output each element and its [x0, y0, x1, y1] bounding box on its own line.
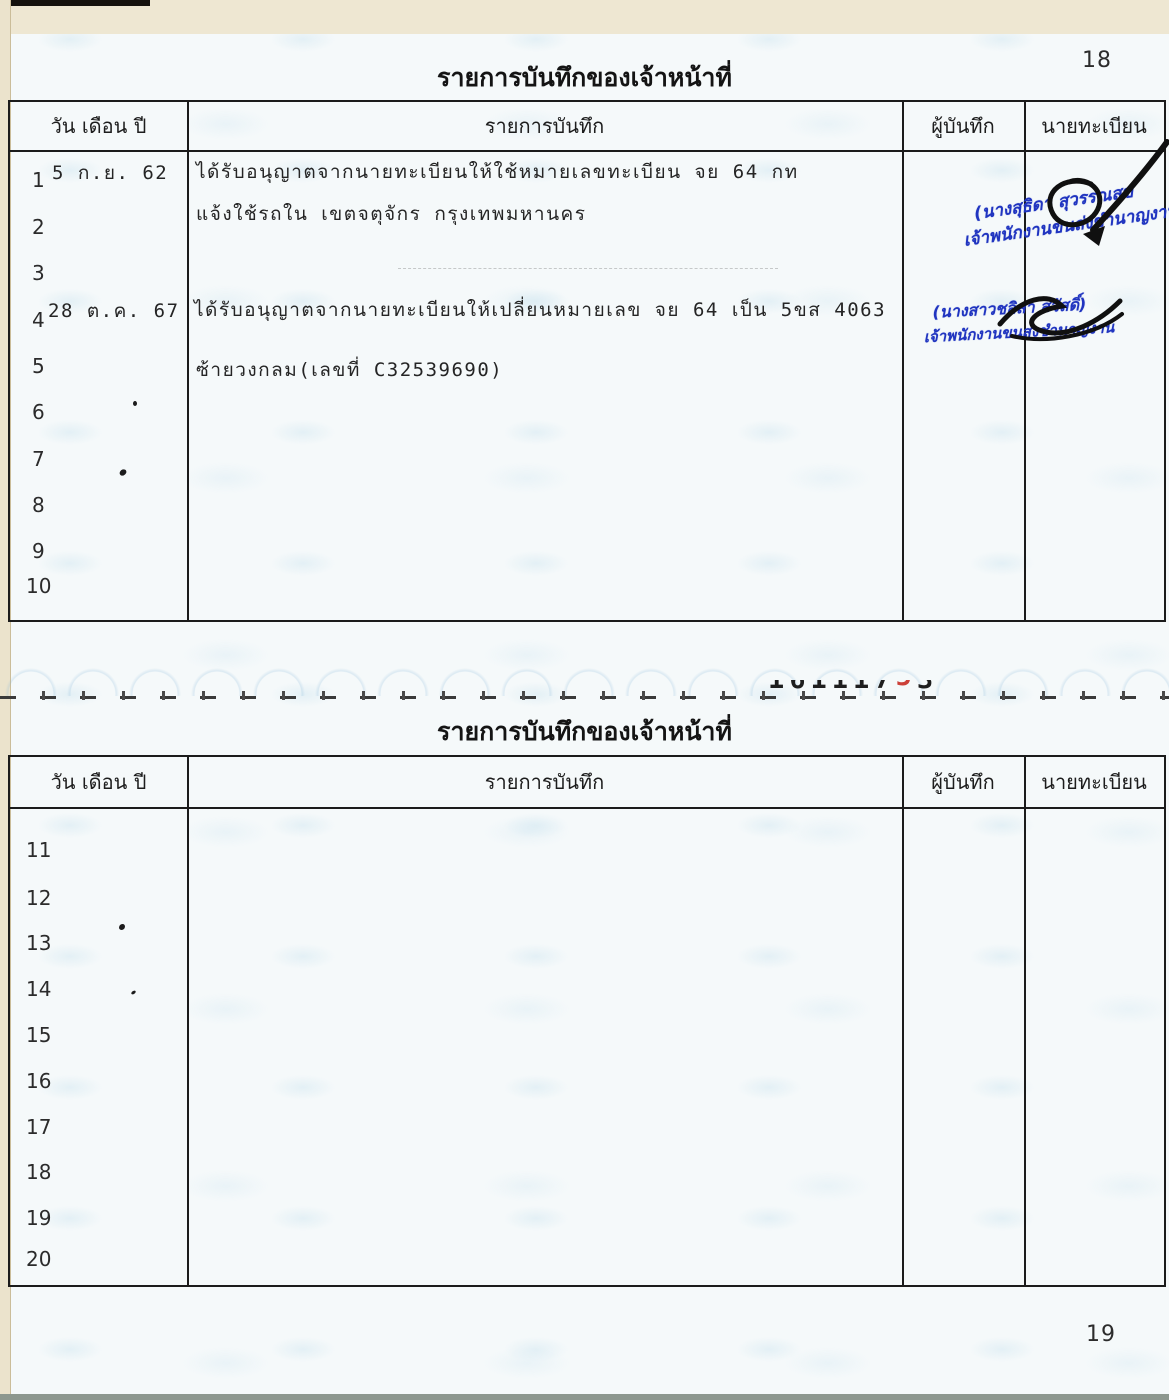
column-divider: [187, 102, 189, 620]
row-number: 6: [32, 400, 76, 424]
table-header-row: วัน เดือน ปี รายการบันทึก ผู้บันทึก นายท…: [10, 757, 1164, 809]
header-registrar: นายทะเบียน: [1024, 757, 1164, 807]
row-number: 18: [26, 1160, 70, 1184]
row-number: 11: [26, 838, 70, 862]
row-number: 17: [26, 1115, 70, 1139]
entry-2-date: 28 ต.ค. 67: [48, 296, 180, 326]
section-title-bottom: รายการบันทึกของเจ้าหน้าที่: [0, 712, 1169, 752]
row-number: 12: [26, 886, 70, 910]
row-number: 13: [26, 931, 70, 955]
column-divider: [902, 102, 904, 620]
binding-stitch-knots: [8, 691, 1169, 700]
scan-edge-shadow: [0, 0, 150, 6]
row-number: 2: [32, 215, 76, 239]
row-number: 16: [26, 1069, 70, 1093]
row-number: 9: [32, 539, 76, 563]
scanned-logbook-page: 18 รายการบันทึกของเจ้าหน้าที่ วัน เดือน …: [0, 0, 1169, 1400]
binding-serial-number: 16111753: [768, 680, 978, 697]
column-divider: [187, 757, 189, 1285]
entry-1-date: 5 ก.ย. 62: [52, 158, 168, 188]
header-recorder: ผู้บันทึก: [902, 102, 1024, 150]
row-number: 10: [26, 574, 70, 598]
record-table-bottom: วัน เดือน ปี รายการบันทึก ผู้บันทึก นายท…: [8, 755, 1166, 1287]
row-number: 14: [26, 977, 70, 1001]
row-number: 19: [26, 1206, 70, 1230]
column-divider: [1024, 102, 1026, 620]
row-number: 8: [32, 493, 76, 517]
serial-red-digit: 5: [896, 680, 917, 692]
ink-speck: [133, 401, 137, 406]
entry-1-line-1: ได้รับอนุญาตจากนายทะเบียนให้ใช้หมายเลขทะ…: [196, 157, 799, 187]
table-header-row: วัน เดือน ปี รายการบันทึก ผู้บันทึก นายท…: [10, 102, 1164, 152]
scan-bottom-shadow: [0, 1394, 1169, 1400]
binding-serial-digits: 16111753: [768, 680, 938, 695]
record-table-top: วัน เดือน ปี รายการบันทึก ผู้บันทึก นายท…: [8, 100, 1166, 622]
row-number: 20: [26, 1247, 70, 1271]
registrar-stamp-2: (นางสาวชลิสา สวัสดิ์) เจ้าพนักงานขนส่งชำ…: [932, 291, 1115, 348]
header-record: รายการบันทึก: [187, 757, 902, 807]
binding-watermark-arcs: [0, 648, 1169, 696]
header-date: วัน เดือน ปี: [10, 757, 187, 807]
serial-prefix: 161117: [768, 680, 896, 695]
header-record: รายการบันทึก: [187, 102, 902, 150]
page-top-edge: [0, 0, 1169, 34]
row-number: 3: [32, 261, 76, 285]
serial-suffix: 3: [917, 680, 938, 695]
column-divider: [1024, 757, 1026, 1285]
entry-1-line-2: แจ้งใช้รถใน เขตจตุจักร กรุงเทพมหานคร: [196, 199, 586, 229]
entry-2-line-2: ซ้ายวงกลม(เลขที่ C32539690): [196, 355, 503, 385]
header-date: วัน เดือน ปี: [10, 102, 187, 150]
column-divider: [902, 757, 904, 1285]
header-recorder: ผู้บันทึก: [902, 757, 1024, 807]
row-number: 15: [26, 1023, 70, 1047]
entry-2-line-1: ได้รับอนุญาตจากนายทะเบียนให้เปลี่ยนหมายเ…: [194, 295, 886, 325]
row-number: 5: [32, 354, 76, 378]
faint-ruled-line: [398, 268, 778, 269]
page-number-bottom: 19: [1086, 1322, 1116, 1347]
header-registrar: นายทะเบียน: [1024, 102, 1164, 150]
row-number: 7: [32, 447, 76, 471]
section-title-top: รายการบันทึกของเจ้าหน้าที่: [0, 58, 1169, 98]
